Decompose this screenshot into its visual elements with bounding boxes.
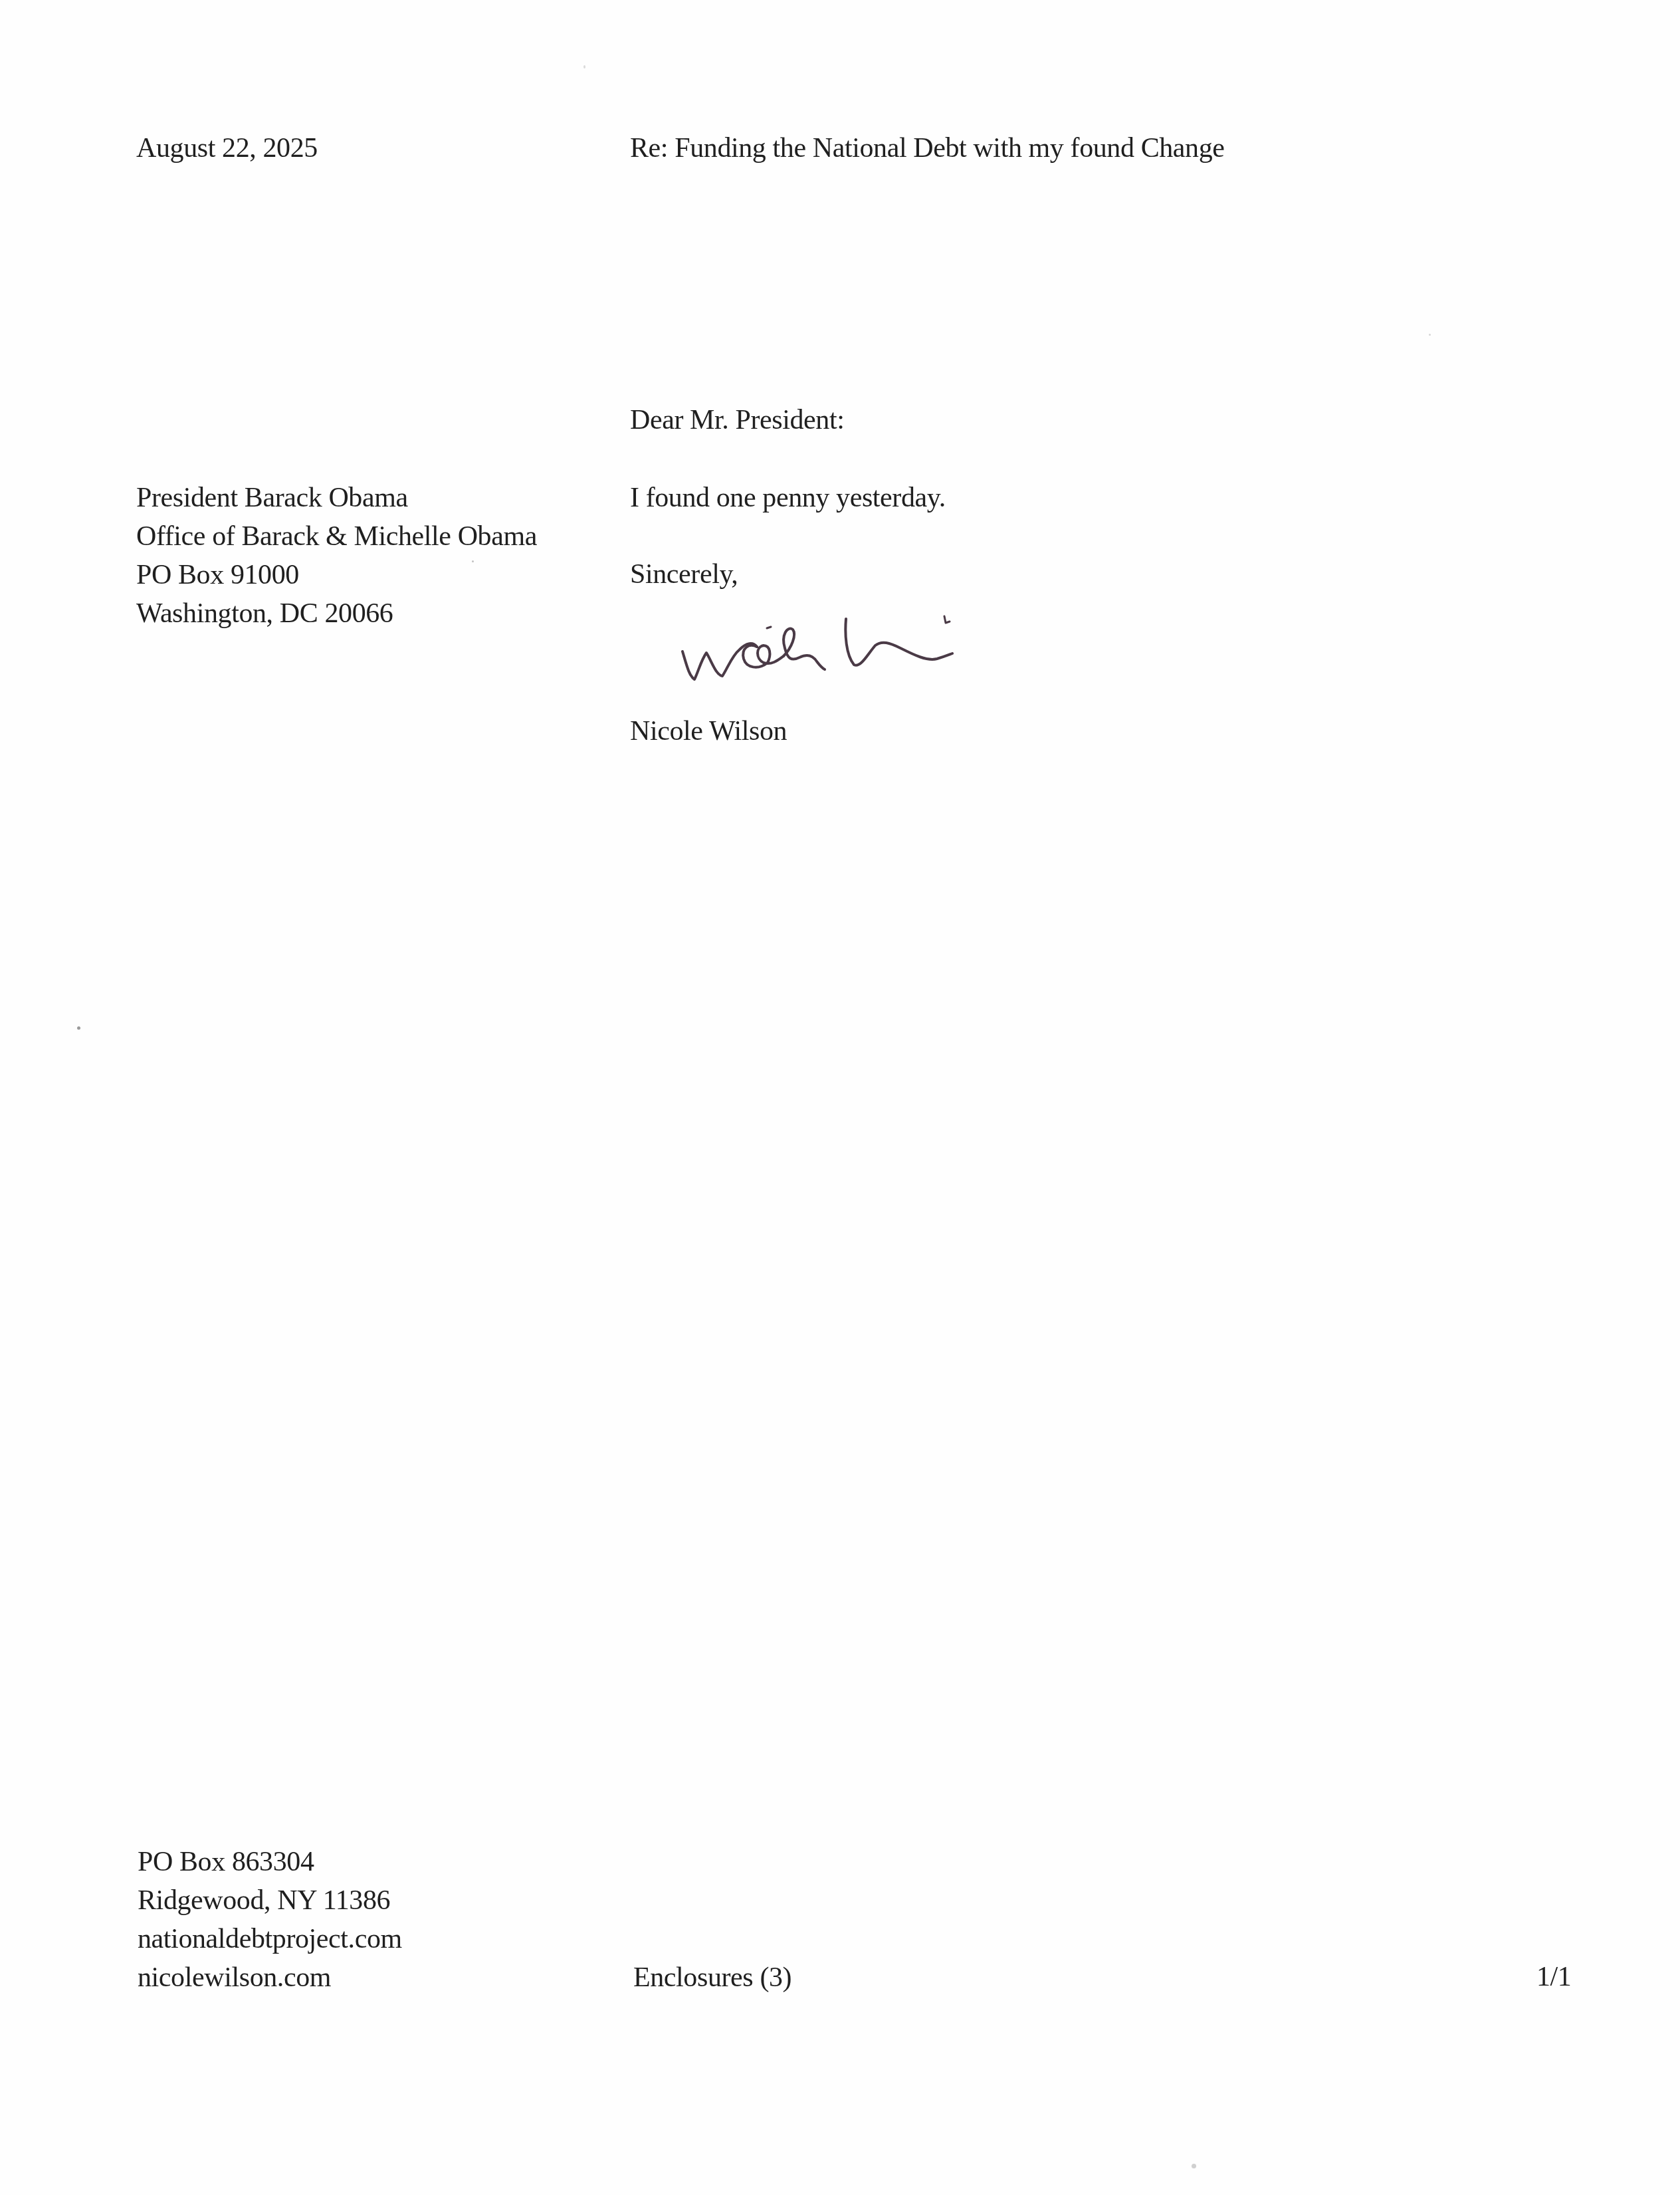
scan-speck [1429,334,1431,336]
letter-body: I found one penny yesterday. [630,479,946,517]
scan-speck [77,1026,80,1030]
page-number: 1/1 [1536,1958,1571,1996]
website-link-nationaldebtproject[interactable]: nationaldebtproject.com [138,1920,402,1958]
recipient-po-box: PO Box 91000 [136,556,537,594]
sender-address: PO Box 863304 Ridgewood, NY 11386 nation… [138,1843,402,1997]
website-link-nicolewilson[interactable]: nicolewilson.com [138,1958,402,1997]
sender-po-box: PO Box 863304 [138,1843,402,1881]
closing: Sincerely, [630,555,738,594]
letter-date: August 22, 2025 [136,129,318,168]
scan-speck [472,560,474,562]
scan-speck [1192,2164,1196,2168]
recipient-city: Washington, DC 20066 [136,594,537,633]
letter-page: August 22, 2025 Re: Funding the National… [0,0,1680,2195]
salutation: Dear Mr. President: [630,401,845,439]
sender-city: Ridgewood, NY 11386 [138,1881,402,1920]
signer-name: Nicole Wilson [630,712,787,751]
subject-line: Re: Funding the National Debt with my fo… [630,129,1225,168]
handwritten-signature [675,602,987,691]
enclosures-note: Enclosures (3) [633,1958,791,1997]
recipient-office: Office of Barack & Michelle Obama [136,517,537,556]
scan-speck [583,65,585,68]
recipient-name: President Barack Obama [136,479,537,517]
recipient-address: President Barack Obama Office of Barack … [136,479,537,633]
